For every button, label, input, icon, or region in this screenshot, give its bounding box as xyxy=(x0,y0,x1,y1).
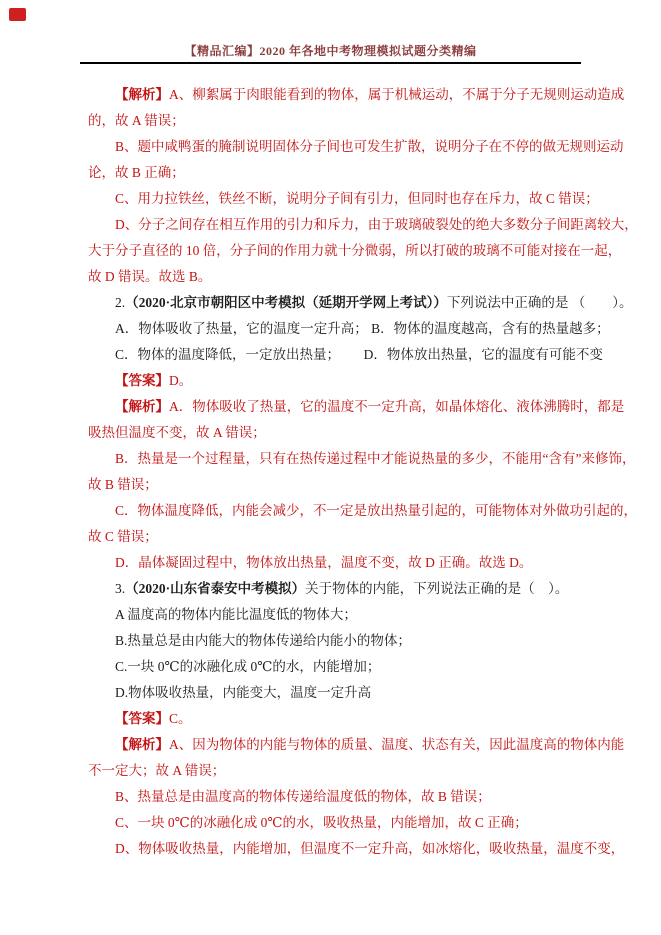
option-line: B.热量总是由内能大的物体传递给内能小的物体； xyxy=(88,628,584,654)
option-line: D.物体吸收热量，内能变大，温度一定升高 xyxy=(88,680,584,706)
question-line: 2.（2020·北京市朝阳区中考模拟（延期开学网上考试））下列说法中正确的是 （… xyxy=(88,290,584,316)
analysis-line: 的，故 A 错误； xyxy=(88,108,584,134)
page-header: 【精品汇编】2020 年各地中考物理模拟试题分类精编 xyxy=(0,42,661,59)
analysis-line: C、用力拉铁丝，铁丝不断，说明分子间有引力，但同时也存在斥力，故 C 错误； xyxy=(88,186,584,212)
analysis-line: 故 C 错误； xyxy=(88,524,584,550)
analysis-line: 大于分子直径的 10 倍，分子间的作用力就十分微弱，所以打破的玻璃不可能对接在一… xyxy=(88,238,584,264)
analysis-line: 不一定大；故 A 错误； xyxy=(88,758,584,784)
analysis-line: C．物体温度降低，内能会减少，不一定是放出热量引起的，可能物体对外做功引起的， xyxy=(88,498,584,524)
header-divider xyxy=(80,62,581,64)
header-title: 【精品汇编】2020 年各地中考物理模拟试题分类精编 xyxy=(184,44,476,58)
analysis-line: 【解析】A、因为物体的内能与物体的质量、温度、状态有关，因此温度高的物体内能 xyxy=(88,732,584,758)
analysis-line: B、题中咸鸭蛋的腌制说明固体分子间也可发生扩散，说明分子在不停的做无规则运动 xyxy=(88,134,584,160)
red-corner-mark-icon xyxy=(9,8,26,21)
question-line: 3.（2020·山东省泰安中考模拟）关于物体的内能，下列说法正确的是（ ）。 xyxy=(88,576,584,602)
analysis-line: D、分子之间存在相互作用的引力和斥力，由于玻璃破裂处的绝大多数分子间距离较大， xyxy=(88,212,584,238)
analysis-line: B、热量总是由温度高的物体传递给温度低的物体，故 B 错误； xyxy=(88,784,584,810)
analysis-line: 论，故 B 正确； xyxy=(88,160,584,186)
analysis-line: C、一块 0℃的冰融化成 0℃的水，吸收热量，内能增加，故 C 正确； xyxy=(88,810,584,836)
option-line: C.一块 0℃的冰融化成 0℃的水，内能增加； xyxy=(88,654,584,680)
analysis-line: 故 B 错误； xyxy=(88,472,584,498)
answer-line: 【答案】C。 xyxy=(88,706,584,732)
option-line: A．物体吸收了热量，它的温度一定升高； B．物体的温度越高，含有的热量越多； xyxy=(88,316,584,342)
answer-line: 【答案】D。 xyxy=(88,368,584,394)
analysis-line: 【解析】A、柳絮属于肉眼能看到的物体，属于机械运动，不属于分子无规则运动造成 xyxy=(88,82,584,108)
analysis-line: 【解析】A．物体吸收了热量，它的温度不一定升高，如晶体熔化、液体沸腾时，都是 xyxy=(88,394,584,420)
analysis-line: D、物体吸收热量，内能增加，但温度不一定升高，如冰熔化，吸收热量，温度不变， xyxy=(88,836,584,862)
option-line: A 温度高的物体内能比温度低的物体大； xyxy=(88,602,584,628)
analysis-line: 吸热但温度不变，故 A 错误； xyxy=(88,420,584,446)
analysis-line: B．热量是一个过程量，只有在热传递过程中才能说热量的多少，不能用“含有”来修饰， xyxy=(88,446,584,472)
analysis-line: D．晶体凝固过程中，物体放出热量，温度不变，故 D 正确。故选 D。 xyxy=(88,550,584,576)
document-content: 【解析】A、柳絮属于肉眼能看到的物体，属于机械运动，不属于分子无规则运动造成 的… xyxy=(88,82,584,862)
analysis-line: 故 D 错误。故选 B。 xyxy=(88,264,584,290)
document-page: 【精品汇编】2020 年各地中考物理模拟试题分类精编 【解析】A、柳絮属于肉眼能… xyxy=(0,0,661,935)
option-line: C．物体的温度降低，一定放出热量； D．物体放出热量，它的温度有可能不变 xyxy=(88,342,584,368)
